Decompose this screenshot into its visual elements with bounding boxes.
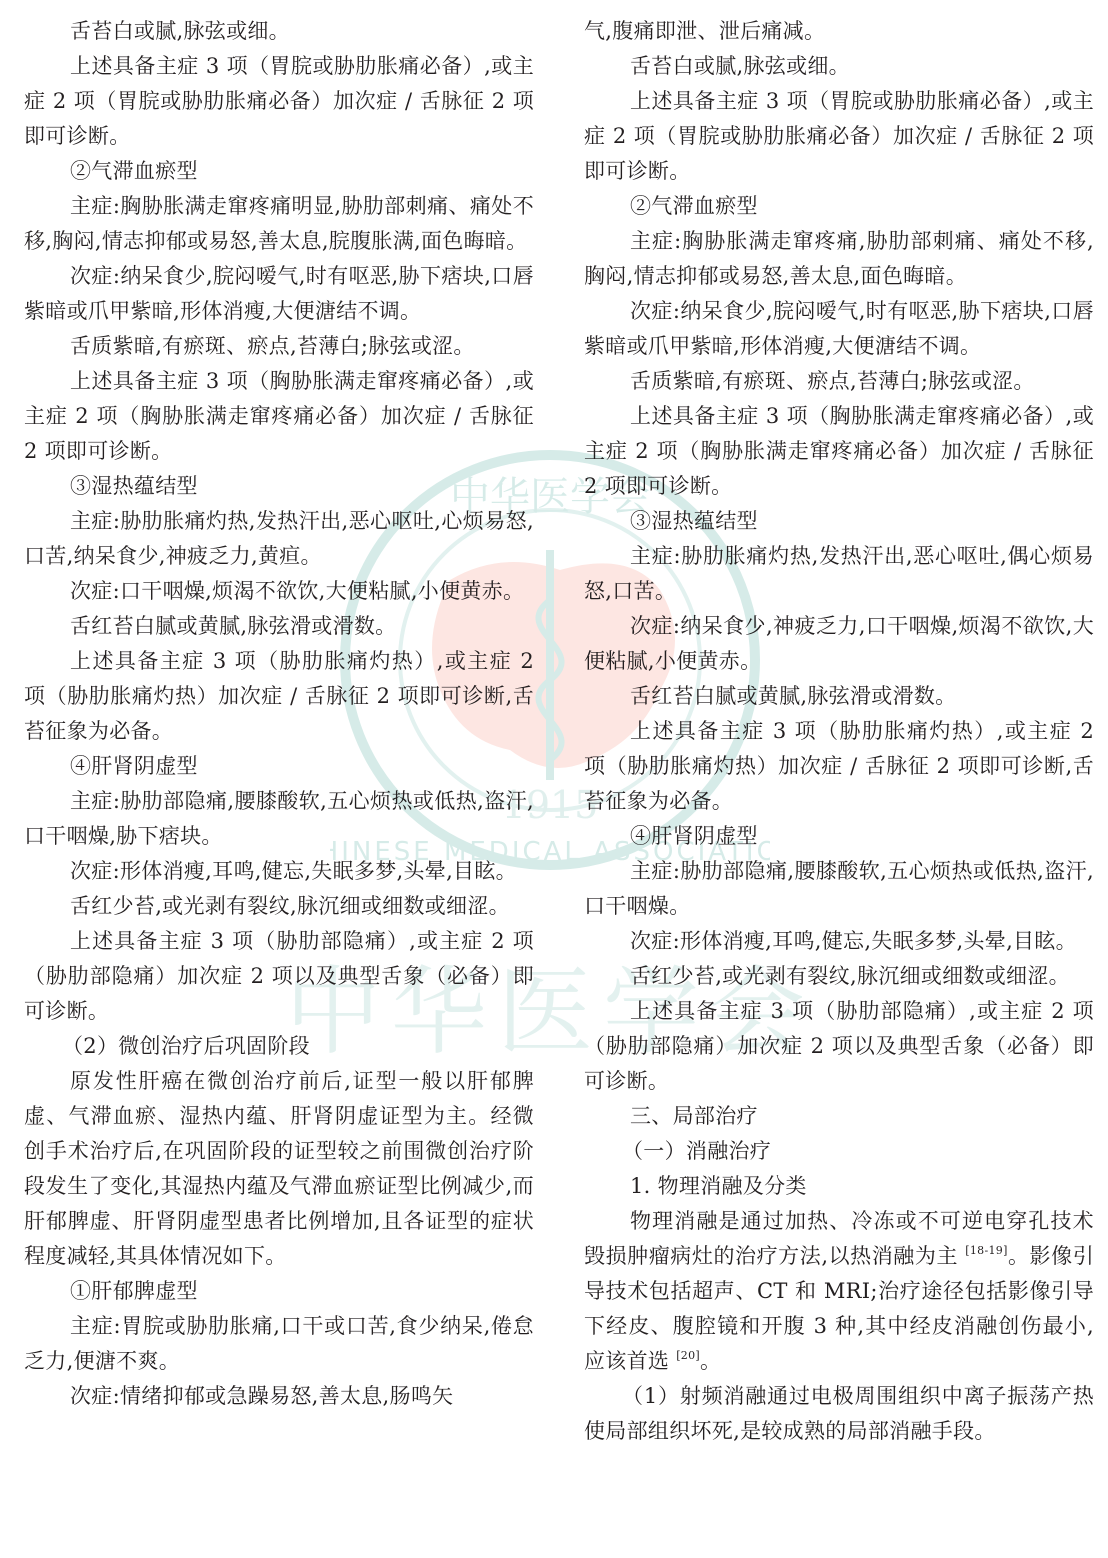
paragraph: 上述具备主症 3 项（胸胁胀满走窜疼痛必备）,或主症 2 项（胸胁胀满走窜疼痛必…	[584, 399, 1094, 504]
citation-ref[interactable]: [18-19]	[965, 1244, 1007, 1257]
paragraph: 舌质紫暗,有瘀斑、瘀点,苔薄白;脉弦或涩。	[584, 364, 1094, 399]
subheading-qi-stagnation: ②气滞血瘀型	[24, 154, 534, 189]
paragraph: 主症:胸胁胀满走窜疼痛,胁肋部刺痛、痛处不移,胸闷,情志抑郁或易怒,善太息,面色…	[584, 224, 1094, 294]
section-heading-ablation: （一）消融治疗	[584, 1134, 1094, 1169]
paragraph: 上述具备主症 3 项（胁肋部隐痛）,或主症 2 项（胁肋部隐痛）加次症 2 项以…	[24, 924, 534, 1029]
paragraph: 上述具备主症 3 项（胸胁胀满走窜疼痛必备）,或主症 2 项（胸胁胀满走窜疼痛必…	[24, 364, 534, 469]
paragraph: 舌红少苔,或光剥有裂纹,脉沉细或细数或细涩。	[584, 959, 1094, 994]
paragraph-radiofrequency: （1）射频消融通过电极周围组织中离子振荡产热使局部组织坏死,是较成熟的局部消融手…	[584, 1379, 1094, 1449]
paragraph: 上述具备主症 3 项（胃脘或胁肋胀痛必备）,或主症 2 项（胃脘或胁肋胀痛必备）…	[584, 84, 1094, 189]
subheading-damp-heat: ③湿热蕴结型	[24, 469, 534, 504]
paragraph: 次症:形体消瘦,耳鸣,健忘,失眠多梦,头晕,目眩。	[584, 924, 1094, 959]
paragraph: 主症:胸胁胀满走窜疼痛明显,胁肋部刺痛、痛处不移,胸闷,情志抑郁或易怒,善太息,…	[24, 189, 534, 259]
paragraph-continued: 气,腹痛即泄、泄后痛减。	[584, 14, 1094, 49]
paragraph: 次症:形体消瘦,耳鸣,健忘,失眠多梦,头晕,目眩。	[24, 854, 534, 889]
left-text-column: 舌苔白或腻,脉弦或细。 上述具备主症 3 项（胃脘或胁肋胀痛必备）,或主症 2 …	[24, 14, 534, 1414]
paragraph: 次症:口干咽燥,烦渴不欲饮,大便粘腻,小便黄赤。	[24, 574, 534, 609]
paragraph: 主症:胁肋胀痛灼热,发热汗出,恶心呕吐,心烦易怒,口苦,纳呆食少,神疲乏力,黄疸…	[24, 504, 534, 574]
section-heading-consolidation: （2）微创治疗后巩固阶段	[24, 1029, 534, 1064]
subheading-liver-kidney-yin: ④肝肾阴虚型	[24, 749, 534, 784]
paragraph: 次症:纳呆食少,脘闷嗳气,时有呕恶,胁下痞块,口唇紫暗或爪甲紫暗,形体消瘦,大便…	[584, 294, 1094, 364]
subsection-heading-physical-ablation: 1. 物理消融及分类	[584, 1169, 1094, 1204]
section-heading-local-treatment: 三、局部治疗	[584, 1099, 1094, 1134]
paragraph: 次症:纳呆食少,脘闷嗳气,时有呕恶,胁下痞块,口唇紫暗或爪甲紫暗,形体消瘦,大便…	[24, 259, 534, 329]
paragraph: 原发性肝癌在微创治疗前后,证型一般以肝郁脾虚、气滞血瘀、湿热内蕴、肝肾阴虚证型为…	[24, 1064, 534, 1274]
paragraph: 主症:胁肋胀痛灼热,发热汗出,恶心呕吐,偶心烦易怒,口苦。	[584, 539, 1094, 609]
paragraph: 舌质紫暗,有瘀斑、瘀点,苔薄白;脉弦或涩。	[24, 329, 534, 364]
paragraph: 舌红苔白腻或黄腻,脉弦滑或滑数。	[24, 609, 534, 644]
paragraph: 上述具备主症 3 项（胃脘或胁肋胀痛必备）,或主症 2 项（胃脘或胁肋胀痛必备）…	[24, 49, 534, 154]
paragraph: 上述具备主症 3 项（胁肋胀痛灼热）,或主症 2 项（胁肋胀痛灼热）加次症 / …	[24, 644, 534, 749]
paragraph: 主症:胁肋部隐痛,腰膝酸软,五心烦热或低热,盗汗,口干咽燥。	[584, 854, 1094, 924]
subheading-liver-depression: ①肝郁脾虚型	[24, 1274, 534, 1309]
paragraph: 舌苔白或腻,脉弦或细。	[584, 49, 1094, 84]
subheading-liver-kidney-yin: ④肝肾阴虚型	[584, 819, 1094, 854]
paragraph: 舌红少苔,或光剥有裂纹,脉沉细或细数或细涩。	[24, 889, 534, 924]
paragraph-text: 。	[700, 1349, 721, 1373]
paragraph: 上述具备主症 3 项（胁肋胀痛灼热）,或主症 2 项（胁肋胀痛灼热）加次症 / …	[584, 714, 1094, 819]
paragraph: 次症:情绪抑郁或急躁易怒,善太息,肠鸣矢	[24, 1379, 534, 1414]
paragraph: 舌苔白或腻,脉弦或细。	[24, 14, 534, 49]
citation-ref[interactable]: [20]	[676, 1349, 700, 1362]
paragraph: 次症:纳呆食少,神疲乏力,口干咽燥,烦渴不欲饮,大便粘腻,小便黄赤。	[584, 609, 1094, 679]
paragraph: 主症:胃脘或胁肋胀痛,口干或口苦,食少纳呆,倦怠乏力,便溏不爽。	[24, 1309, 534, 1379]
paragraph: 上述具备主症 3 项（胁肋部隐痛）,或主症 2 项（胁肋部隐痛）加次症 2 项以…	[584, 994, 1094, 1099]
paragraph: 主症:胁肋部隐痛,腰膝酸软,五心烦热或低热,盗汗,口干咽燥,胁下痞块。	[24, 784, 534, 854]
subheading-damp-heat: ③湿热蕴结型	[584, 504, 1094, 539]
paragraph-with-citations: 物理消融是通过加热、冷冻或不可逆电穿孔技术毁损肿瘤病灶的治疗方法,以热消融为主 …	[584, 1204, 1094, 1379]
subheading-qi-stagnation: ②气滞血瘀型	[584, 189, 1094, 224]
right-text-column: 气,腹痛即泄、泄后痛减。 舌苔白或腻,脉弦或细。 上述具备主症 3 项（胃脘或胁…	[584, 14, 1094, 1449]
paragraph: 舌红苔白腻或黄腻,脉弦滑或滑数。	[584, 679, 1094, 714]
